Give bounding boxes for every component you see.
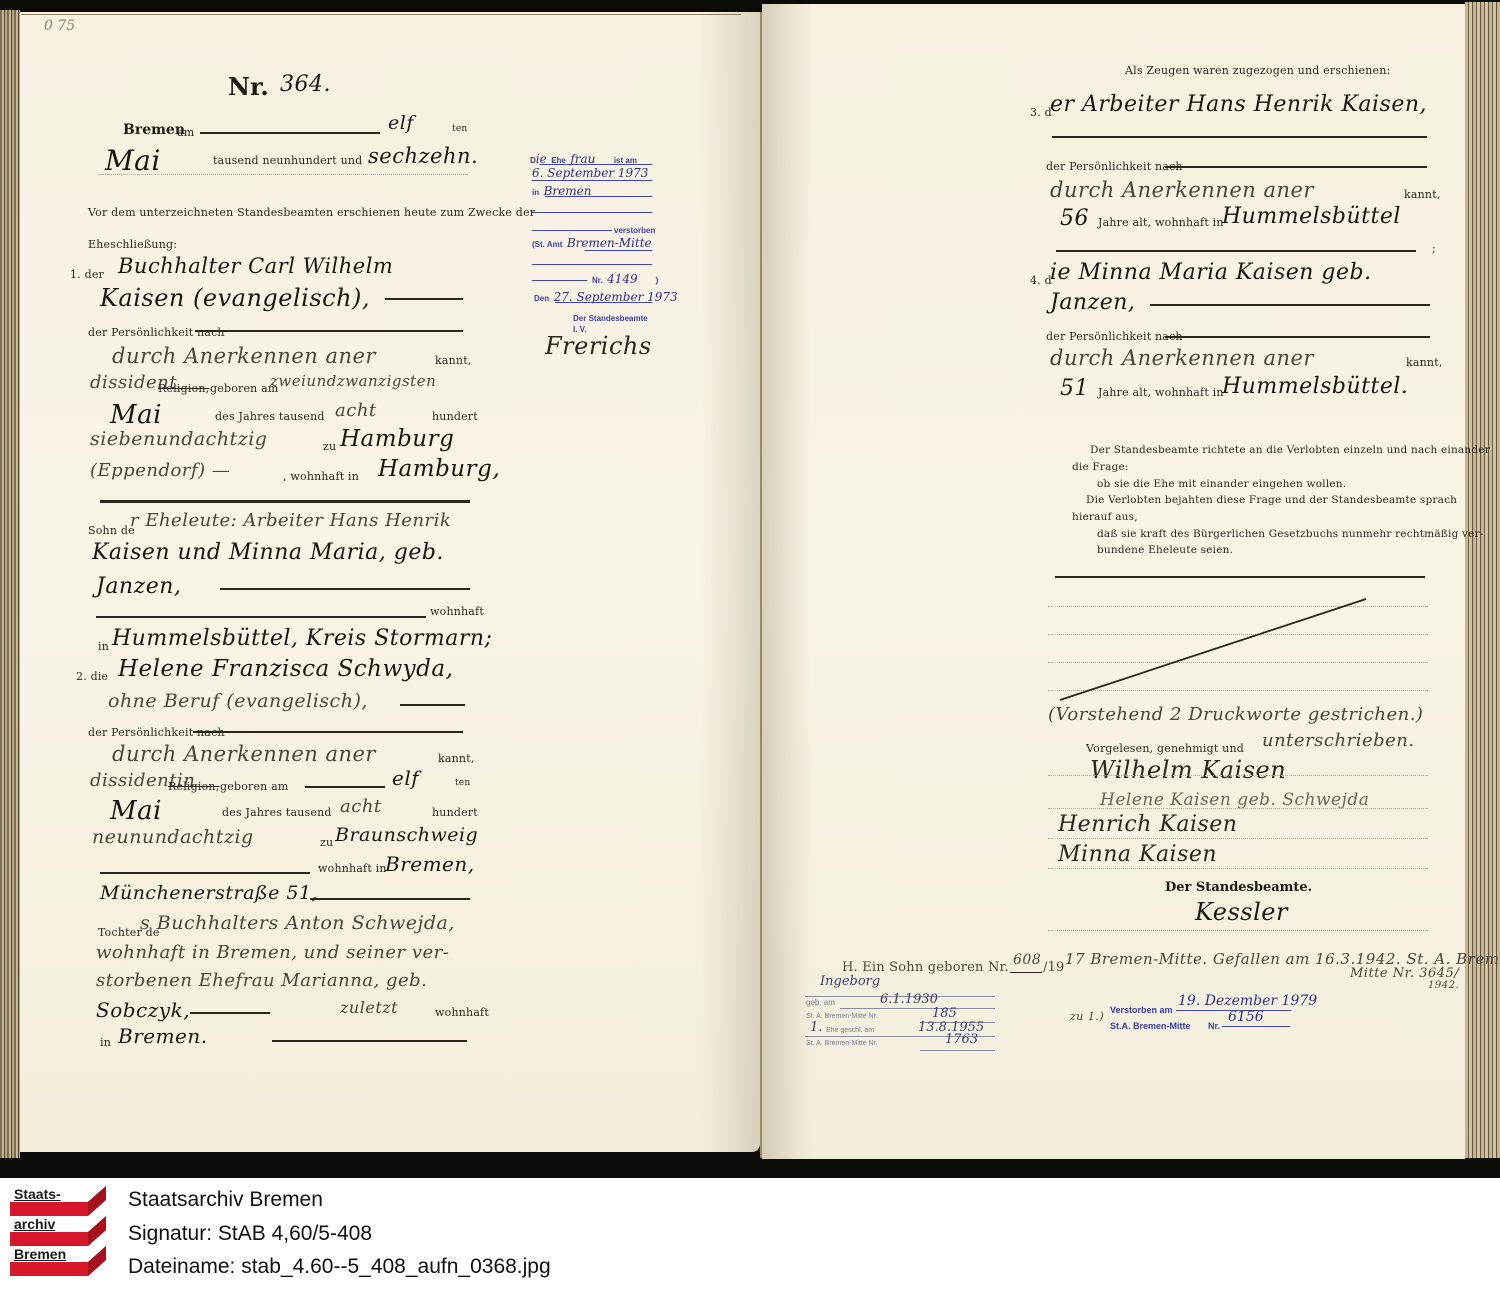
entry-number: 364. — [280, 72, 331, 97]
death-registry-office: Bremen-Mitte — [567, 236, 652, 250]
death-date: 6. September 1973 — [532, 166, 648, 180]
groom-name-line2: Kaisen (evangelisch), — [100, 284, 370, 312]
bride-birth-day: elf — [392, 766, 419, 790]
place-label: Bremen — [123, 122, 185, 138]
groom-birth-year: siebenundachtzig — [90, 428, 267, 450]
archive-name: Staatsarchiv Bremen — [128, 1188, 323, 1212]
groom-parents-residence: Hummelsbüttel, Kreis Stormarn; — [112, 626, 492, 651]
ceremony-text-line: Die Verlobten bejahten diese Frage und d… — [1086, 494, 1457, 506]
bride-birth-year: neunundachtzig — [92, 826, 254, 848]
witness3-residence: Hummelsbüttel — [1222, 204, 1401, 229]
bride-residence: Bremen, — [385, 852, 475, 876]
ceremony-text-line: die Frage: — [1072, 461, 1129, 473]
strike-through-line — [1060, 595, 1370, 705]
intro-text: Vor dem unterzeichneten Standesbeamten e… — [88, 206, 535, 219]
book-spine — [760, 12, 762, 1158]
witness4-age: 51 — [1060, 376, 1089, 401]
marriage-month: Mai — [105, 144, 161, 177]
ceremony-text-line: hierauf aus, — [1072, 511, 1138, 523]
officer-title: Der Standesbeamte. — [1165, 880, 1312, 895]
witness-heading: Als Zeugen waren zugezogen und erschiene… — [1125, 64, 1390, 77]
groom-death-number: 6156 — [1228, 1009, 1264, 1025]
witness4-residence: Hummelsbüttel. — [1222, 374, 1408, 399]
archive-signature: Signatur: StAB 4,60/5-408 — [128, 1222, 372, 1246]
signature-bride: Helene Kaisen geb. Schwejda — [1100, 790, 1369, 810]
archive-filename: Dateiname: stab_4.60--5_408_aufn_0368.jp… — [128, 1255, 551, 1279]
signature-witness3: Henrich Kaisen — [1058, 812, 1237, 837]
groom-parents-line1: r Eheleute: Arbeiter Hans Henrik — [130, 510, 451, 531]
bride-birthplace: Braunschweig — [335, 824, 478, 846]
staatsarchiv-logo: Staats- archiv Bremen — [10, 1186, 106, 1282]
ceremony-text-line: bundene Eheleute seien. — [1097, 544, 1233, 556]
groom-birthplace: Hamburg — [340, 426, 454, 452]
witness3-age: 56 — [1060, 206, 1089, 231]
son-note-label: H. Ein Sohn geboren Nr. — [842, 960, 1009, 975]
groom-death-date: 19. Dezember 1979 — [1178, 993, 1317, 1009]
groom-name-line1: Buchhalter Carl Wilhelm — [118, 254, 393, 278]
child-birth-date: 6.1.1930 — [880, 992, 938, 1007]
officer-signature: Kessler — [1195, 898, 1288, 926]
book-page-edges-right — [1465, 2, 1500, 1158]
archive-footer: Staats- archiv Bremen Staatsarchiv Breme… — [0, 1178, 1500, 1292]
witness4-name: ie Minna Maria Kaisen geb. — [1050, 260, 1372, 285]
groom-residence: Hamburg, — [378, 456, 500, 482]
signature-witness4: Minna Kaisen — [1058, 842, 1217, 867]
bride-final-residence: Bremen. — [118, 1024, 208, 1048]
register-scan: 0 75 Nr. 364. Bremen am elf ten Mai taus… — [0, 0, 1500, 1178]
book-page-edges-left — [0, 10, 20, 1158]
groom-birth-day: zweiundzwanzigsten — [270, 372, 436, 390]
bride-street: Münchenerstraße 51, — [100, 882, 318, 904]
marriage-year: sechzehn. — [368, 144, 478, 168]
ceremony-text-line: ob sie die Ehe mit einander eingehen wol… — [1097, 478, 1346, 490]
corner-page-mark: 0 75 — [44, 18, 75, 34]
bride-occupation: ohne Beruf (evangelisch), — [108, 690, 368, 712]
entry-number-label: Nr. — [228, 72, 269, 101]
ceremony-text-line: daß sie kraft des Bürgerlichen Gesetzbuc… — [1097, 528, 1484, 540]
bride-name: Helene Franzisca Schwyda, — [118, 656, 453, 682]
marriage-day: elf — [388, 112, 414, 134]
signature-groom: Wilhelm Kaisen — [1090, 756, 1286, 784]
groom-parents-line2: Kaisen und Minna Maria, geb. — [92, 540, 444, 565]
bride-parents-line1: s Buchhalters Anton Schwejda, — [140, 912, 455, 934]
ceremony-text-line: Der Standesbeamte richtete an die Verlob… — [1090, 444, 1490, 456]
death-stamp-signature: Frerichs — [545, 332, 652, 360]
witness3-name: er Arbeiter Hans Henrik Kaisen, — [1050, 92, 1427, 117]
annotation-note: (Vorstehend 2 Druckworte gestrichen.) — [1048, 704, 1423, 725]
death-registry-number: 4149 — [607, 272, 638, 286]
child-stamp: Ingeborg — [820, 974, 880, 989]
child-name: Ingeborg — [820, 974, 880, 989]
